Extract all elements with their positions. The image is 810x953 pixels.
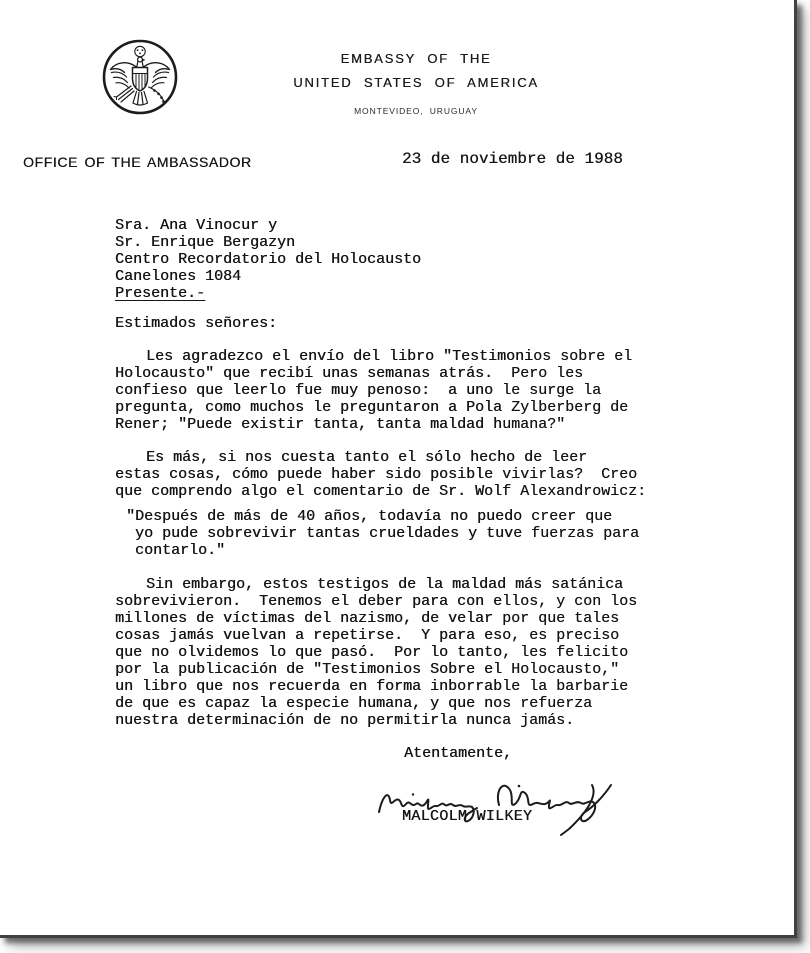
paragraph-1: Les agradezco el envío del libro "Testim… [115,348,715,433]
letter-page: EMBASSY OF THE UNITED STATES OF AMERICA … [0,0,797,938]
signer-typed-name: MALCOLM WILKEY [402,808,532,825]
salutation: Estimados señores: [115,315,715,332]
office-of-the-ambassador-label: OFFICE OF THE AMBASSADOR [23,154,252,170]
us-great-seal-icon [101,38,179,116]
paragraph-3: Sin embargo, estos testigos de la maldad… [115,576,715,729]
embassy-location: MONTEVIDEO, URUGUAY [256,106,576,116]
handwritten-signature [373,765,618,837]
paragraph-2: Es más, si nos cuesta tanto el sólo hech… [115,449,715,500]
letter-body: Sra. Ana Vinocur y Sr. Enrique Bergazyn … [115,217,715,852]
closing-valediction: Atentamente, [404,745,715,762]
recipient-presente: Presente.- [115,285,715,302]
letterhead: EMBASSY OF THE UNITED STATES OF AMERICA … [256,51,576,116]
embassy-title-line1: EMBASSY OF THE [256,51,576,66]
letter-date: 23 de noviembre de 1988 [402,150,623,168]
embassy-title-line2: UNITED STATES OF AMERICA [256,75,576,90]
recipient-address: Sra. Ana Vinocur y Sr. Enrique Bergazyn … [115,217,715,285]
quoted-testimony: "Después de más de 40 años, todavía no p… [126,508,715,559]
signature-block: MALCOLM WILKEY [115,762,715,852]
